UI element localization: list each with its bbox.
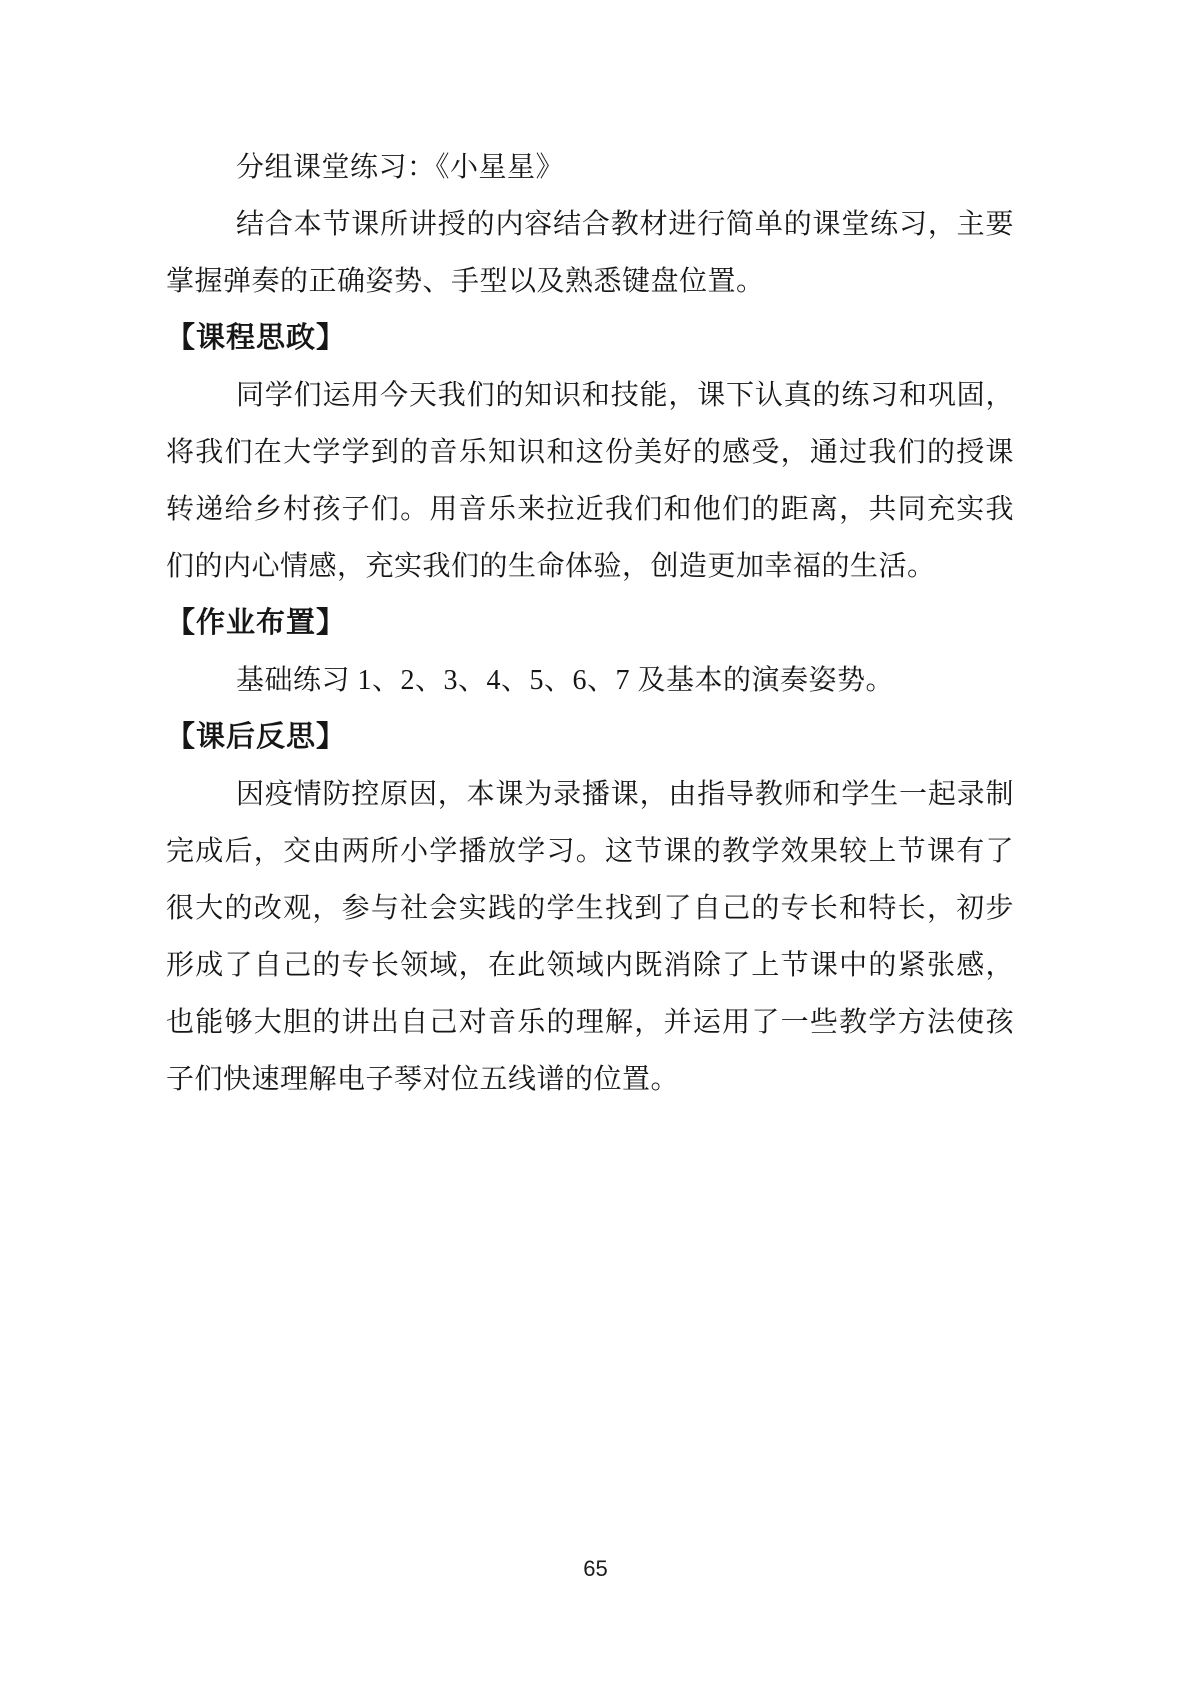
paragraph-practice-detail: 结合本节课所讲授的内容结合教材进行简单的课堂练习，主要掌握弹奏的正确姿势、手型以… xyxy=(166,196,1014,310)
document-content: 分组课堂练习：《小星星》 结合本节课所讲授的内容结合教材进行简单的课堂练习，主要… xyxy=(166,139,1014,1108)
page-number: 65 xyxy=(583,1556,607,1581)
paragraph-practice-title: 分组课堂练习：《小星星》 xyxy=(166,139,1014,196)
heading-reflection: 【课后反思】 xyxy=(166,709,1014,766)
heading-course-ideology: 【课程思政】 xyxy=(166,310,1014,367)
paragraph-reflection: 因疫情防控原因，本课为录播课，由指导教师和学生一起录制完成后，交由两所小学播放学… xyxy=(166,766,1014,1108)
heading-homework: 【作业布置】 xyxy=(166,595,1014,652)
paragraph-course-ideology: 同学们运用今天我们的知识和技能，课下认真的练习和巩固，将我们在大学学到的音乐知识… xyxy=(166,367,1014,595)
paragraph-homework: 基础练习 1、2、3、4、5、6、7 及基本的演奏姿势。 xyxy=(166,652,1014,709)
document-page: 分组课堂练习：《小星星》 结合本节课所讲授的内容结合教材进行简单的课堂练习，主要… xyxy=(0,0,1191,1684)
page-footer: 65 xyxy=(0,1556,1191,1582)
